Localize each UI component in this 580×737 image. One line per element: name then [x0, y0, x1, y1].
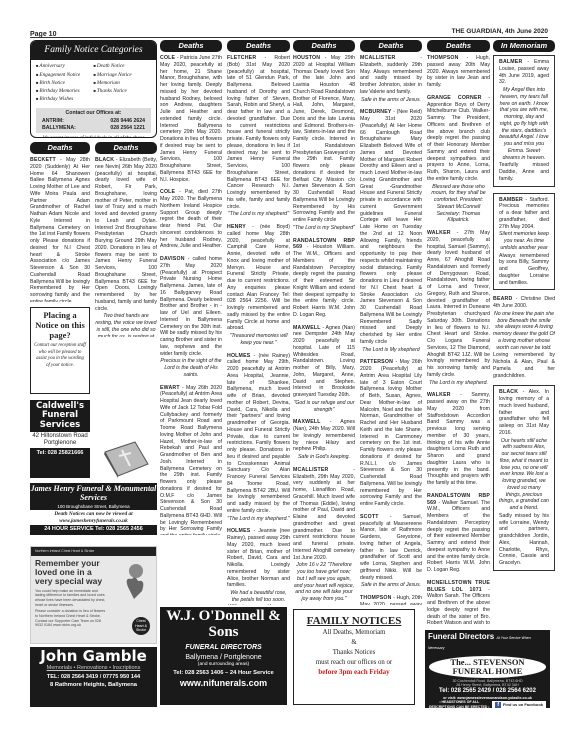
chs-extra: Please consider a donation in lieu of fl…	[31, 608, 113, 629]
deaths-column-6: Deaths MCALLISTER - Elizabeth, suddenly …	[360, 40, 422, 605]
notice-name: EWART	[160, 385, 180, 391]
notice-verse: The Lord is my shepherd.	[427, 380, 490, 387]
caldwell-tel: Tel: 028 25821666	[30, 450, 90, 457]
notice-verse: "The Lord is my Shepherd"	[293, 225, 355, 232]
notice-name: HOUSTON	[293, 55, 320, 61]
notice-name: HOLMES	[227, 353, 250, 359]
notice-text: - Elizabeth, suddenly 29th May. Always r…	[360, 55, 422, 95]
death-notice: SCOTT - Samuel, peacefully at Massereene…	[360, 514, 422, 589]
categories-list: Anniversary Death Notice Engagement Noti…	[31, 60, 156, 106]
placing-notice-box: Placing a Notice on this page? Contact o…	[30, 307, 90, 394]
column-heading: Deaths	[293, 40, 355, 52]
notice-text: - 27th May 2020, peacefully at hospital,…	[427, 230, 490, 378]
notice-signoff: Always remembered by sons Billy, Sammy a…	[499, 253, 549, 286]
notice-text: - Elizabeth, 29th May 2020, very suddenl…	[293, 467, 355, 561]
death-notice: COLE - Pat, died 27th May 2020. The Ball…	[160, 189, 222, 250]
death-notice: MCALLISTER - Elizabeth, suddenly 29th Ma…	[360, 55, 422, 103]
notice-name: MCBURNEY	[360, 109, 392, 115]
notice-text: - (née Rainey) called home May 29th, 202…	[227, 353, 290, 514]
notice-name: THOMPSON	[427, 55, 459, 61]
newspaper-dateline: THE GUARDIAN, 4th June 2020	[452, 28, 548, 36]
odonnell-area: (and surrounding areas)	[160, 662, 287, 668]
james-henry-website: Death Notices can now be viewed at www.j…	[30, 510, 157, 525]
notice-name: MAXWELL	[293, 419, 321, 425]
notice-name: BEARD	[493, 296, 512, 302]
chs-body: You could help make an immediate and las…	[31, 588, 113, 609]
gamble-address: 8 Rathmore Heights, Ballymena	[30, 682, 157, 690]
family-notices-line: All Deaths, Memoriam	[294, 628, 414, 638]
notice-text: - Alex. In loving memory of a much loved…	[499, 389, 549, 436]
notice-text: - Pat, died 27th May 2020. The Ballymena…	[160, 189, 222, 249]
category-item: Birthday Wishes	[36, 96, 94, 103]
notice-verse: No one knew the pain she bore Beneath th…	[493, 311, 555, 352]
office-name: ANTRIM:	[42, 118, 64, 125]
james-henry-ad: James Henry Funeral & Monumental Service…	[30, 483, 157, 535]
gamble-tel: TEL: 028 2564 3419 / 07775 950 144	[30, 674, 157, 681]
death-notice: MCALLISTER - Elizabeth, 29th May 2020, v…	[293, 467, 355, 603]
odonnell-web: www.nifunerals.com	[160, 678, 287, 690]
james-henry-street: 100 Broughshane Street, Ballymena	[30, 504, 157, 510]
category-item: Engagement Notice	[36, 72, 94, 79]
deaths-column-1: Deaths BECKETT - May 28th 2020 (Suddenly…	[30, 142, 90, 302]
chs-logo: Chest Heart & Stroke	[132, 617, 150, 635]
deaths-column-2: Deaths BLACK - Elizabeth (Betty, nee Nev…	[95, 142, 157, 337]
odonnell-places: Ballymena / Portglenone	[160, 653, 287, 662]
death-notice: MCBURNEY - (Nee Reid) May 31st 2020 (Pea…	[360, 109, 422, 353]
image-acceptance-note: We accept images of individuals in all o…	[31, 135, 156, 138]
caldwell-ad: Caldwell's Funeral Services 42 Hiltonsto…	[30, 400, 90, 478]
notice-verse: "The Lord is my shepherd."	[227, 516, 290, 523]
death-notice: DAVISON - called home 27th May 2020 (Pea…	[160, 256, 222, 379]
notice-text: - May 29th 2020 at Hospital William Thom…	[293, 55, 355, 223]
notice-name: COLE	[160, 55, 175, 61]
notice-name: HOLMES	[227, 528, 250, 534]
notice-name: GRANGE CORNER	[427, 95, 482, 101]
notice-text: - Walton Sarah. The Officers and Brethre…	[427, 587, 490, 626]
chs-org: Northern Ireland Chest Heart & Stroke	[31, 547, 156, 556]
notice-text: - (Nee Reid) May 31st 2020 (Peacefully) …	[360, 109, 422, 345]
death-notice: PATTERSON - May 26th 2020 (Peacefully) a…	[360, 359, 422, 508]
notice-name: MCNEILLSTOWN TRUE BLUES LOL 1071	[427, 580, 490, 593]
family-notices-box: FAMILY NOTICES All Deaths, Memoriam & Th…	[293, 609, 415, 705]
notice-text: - May 26th 2020 (Peacefully) at Antrim A…	[160, 385, 222, 536]
notice-text: - May 28th 2020 (Suddenly) At Her Home 6…	[30, 157, 90, 302]
column-heading: Deaths	[360, 40, 422, 52]
notice-text: - Agnes (Nan) nee Dempster 24th May 2020…	[293, 325, 355, 399]
notice-name: MCALLISTER	[360, 55, 395, 61]
deaths-column-5: Deaths HOUSTON - May 29th 2020 at Hospit…	[293, 40, 355, 605]
notice-signoff: Sadly missed by his wife Lorraine, Wendy…	[499, 513, 549, 566]
odonnell-tel: Tel: 028 2563 1406 – 24 Hour Service	[160, 670, 287, 678]
family-notices-deadline: before 3pm each Friday	[294, 668, 414, 677]
notice-name: THOMPSON	[360, 595, 392, 601]
stevenson-banner: Funeral Directors At Your Service When N…	[425, 630, 550, 655]
category-item: Thanks Notice	[94, 88, 152, 95]
notice-name: BLACK	[95, 157, 114, 163]
notice-name: MAXWELL	[293, 325, 321, 331]
office-antrim: ANTRIM:028 9446 2624	[42, 118, 145, 125]
notice-text: - Houston William. The W.M., Officers an…	[293, 244, 355, 318]
notice-text: - Robert (Bob) 31st May 2020 (peacefully…	[227, 55, 290, 210]
notice-name: WALKER	[427, 392, 451, 398]
notice-text: - Patricia June 27th May 2020, peacefull…	[160, 55, 222, 183]
notice-text: - called home 27th May 2020 (Peacefully)…	[160, 256, 222, 357]
notice-text: - Apprentice Boys of Derry Mitchelburne …	[427, 95, 490, 182]
notice-name: BAMBER	[499, 197, 523, 203]
caldwell-address: 42 Hiltonstown Road Portglenone	[30, 432, 90, 448]
facebook-badge: fFind us on Facebook	[492, 701, 546, 710]
family-notice-categories: Family Notice Categories Anniversary Dea…	[30, 40, 157, 138]
heart-flower-icon	[122, 563, 148, 607]
gamble-name: John Gamble	[30, 647, 157, 665]
john-gamble-ad: John Gamble Memorials • Renovations • In…	[30, 647, 157, 707]
notice-verse: Safe in the arms of Jesus.	[360, 582, 422, 589]
notice-name: PATTERSON	[360, 359, 393, 365]
notice-verse: Safe in the arms of Jesus.	[360, 97, 422, 104]
memoriam-notice: BEARD - Christine Died 4th June 2000.No …	[493, 296, 555, 379]
category-item: Marriage Notice	[94, 72, 152, 79]
death-notice: THOMPSON - Hugh, passed away 20th May 20…	[427, 55, 490, 89]
notice-name: BECKETT	[30, 157, 56, 163]
column-heading: Deaths	[95, 142, 157, 154]
caldwell-name: Caldwell's Funeral Services	[30, 402, 90, 430]
chest-heart-stroke-ad: Northern Ireland Chest Heart & Stroke Re…	[30, 546, 157, 644]
death-notice: HOLMES - (née Rainey) called home May 29…	[227, 353, 290, 523]
death-notice: MAXWELL - Agnes (Nan), 24th May 2020. Wi…	[293, 419, 355, 461]
notice-verse: "The Lord is my shepherd"	[227, 211, 290, 218]
notice-text: - Sammy, passed away on the 27th May 202…	[427, 392, 490, 486]
notice-verse: We had a beautiful rose, the petals fell…	[227, 590, 290, 605]
notice-text: - (née Boyd) called home May 28th 2020, …	[227, 224, 290, 331]
james-henry-name: James Henry Funeral & Monumental Service…	[30, 483, 157, 503]
death-notice: HENRY - (née Boyd) called home May 28th …	[227, 224, 290, 347]
placing-body: Contact our reception staff who will be …	[34, 343, 86, 369]
deaths-column-3: Deaths COLE - Patricia June 27th May 202…	[160, 40, 222, 535]
memoriam-notice: BLACK - Alex. In loving memory of a much…	[493, 385, 555, 571]
notice-verse: Two tired hands are resting, the voice w…	[95, 313, 157, 337]
column-heading: Deaths	[160, 40, 222, 52]
contact-offices: Contact our Offices at: ANTRIM:028 9446 …	[36, 108, 151, 133]
chs-headline: Remember your loved one in a very specia…	[31, 556, 113, 588]
notice-name: BALMER	[499, 59, 522, 65]
notice-name: BLACK	[499, 389, 518, 395]
notice-verse: Safe in God's keeping.	[293, 454, 355, 461]
odonnell-name: W.J. O'Donnell & Sons	[160, 609, 287, 641]
death-notice: WALKER - 27th May 2020, peacefully at ho…	[427, 230, 490, 386]
notice-signoff: Loving remembered by Nichola & Alan, Pau…	[493, 352, 555, 378]
notice-text: - Elizabeth (Betty, nee Nevin) 26th May …	[95, 157, 157, 312]
category-item: Memoriam	[94, 80, 152, 87]
notice-name: DAVISON	[160, 256, 185, 262]
notice-verse: John 16 v 22 "Therefore you too have gri…	[293, 562, 355, 603]
notice-text: - Samuel, peacefully at Massereene Manor…	[360, 514, 422, 581]
notice-text: - May 26th 2020 (Peacefully) at Antrim A…	[360, 359, 422, 507]
death-notice: EWART - May 26th 2020 (Peacefully) at An…	[160, 385, 222, 536]
death-notice: THOMPSON - Hugh, 20th May 2020, passed a…	[360, 595, 422, 605]
office-name: BALLYMENA:	[42, 125, 76, 132]
notice-name: FLETCHER	[227, 55, 256, 61]
category-item: Birth Notice	[36, 80, 94, 87]
death-notice: FLETCHER - Robert (Bob) 31st May 2020 (p…	[227, 55, 290, 218]
notice-verse: The Lord is My shepherd	[360, 347, 422, 354]
notice-text: - Jeannie (nee Rainey), passed away 29th…	[227, 528, 290, 588]
death-notice: COLE - Patricia June 27th May 2020, peac…	[160, 55, 222, 183]
column-heading: Deaths	[427, 40, 490, 52]
stevenson-name-oval: The... STEVENSONFUNERAL HOME	[429, 656, 546, 678]
notice-verse: Silent memories keep you near. As time u…	[499, 231, 549, 251]
death-notice: WALKER - Sammy, passed away on the 27th …	[427, 392, 490, 487]
facebook-icon: f	[495, 702, 501, 709]
header-rule	[30, 37, 548, 38]
death-notice: HOUSTON - May 29th 2020 at Hospital Will…	[293, 55, 355, 232]
odonnell-ad: W.J. O'Donnell & Sons FUNERAL DIRECTORS …	[160, 607, 287, 705]
category-item: Birthday Memories	[36, 88, 94, 95]
categories-title: Family Notice Categories	[31, 41, 156, 60]
notice-name: COLE	[160, 189, 175, 195]
column-heading: In Memoriam	[493, 40, 555, 52]
deaths-column-4: Deaths FLETCHER - Robert (Bob) 31st May …	[227, 40, 290, 605]
notice-verse: "God is our refuge and our strength"	[293, 400, 355, 414]
deaths-column-7: Deaths THOMPSON - Hugh, passed away 20th…	[427, 40, 490, 625]
bible-icon	[100, 440, 150, 478]
notice-name: MCALLISTER	[293, 467, 328, 473]
category-item: Death Notice	[94, 63, 152, 70]
death-notice: RANDALSTOWN RBP 569 - Walker Samuel. The…	[427, 493, 490, 574]
office-ballymena: BALLYMENA:028 2564 1221	[42, 125, 145, 132]
notice-verse: Our hearts still ache with sadness Alex,…	[499, 438, 549, 512]
office-tel: 028 2564 1221	[110, 125, 145, 132]
memoriam-notice: BALMER - Emma Louise, passed away 4th Ju…	[493, 55, 555, 187]
family-notices-line: must reach our offices on or	[294, 658, 414, 668]
family-notices-line: Thanks Notices	[294, 648, 414, 658]
stevenson-funeral-home-ad: Funeral Directors At Your Service When N…	[425, 630, 550, 708]
column-heading: Deaths	[30, 142, 90, 154]
death-notice: GRANGE CORNER - Apprentice Boys of Derry…	[427, 95, 490, 224]
death-notice: BECKETT - May 28th 2020 (Suddenly) At He…	[30, 157, 90, 302]
death-notice: HOLMES - Jeannie (nee Rainey), passed aw…	[227, 528, 290, 605]
notice-verse: "Treasured memories will keep you near."	[227, 333, 290, 347]
notice-name: HENRY	[227, 224, 246, 230]
death-notice: RANDALSTOWN RBP 569 - Houston William. T…	[293, 238, 355, 319]
stevenson-tel: Tel: 028 2565 2429 / 028 2564 6202	[425, 688, 550, 696]
notice-signoff: Tearfully missed Daddie, Anne and family…	[499, 162, 549, 182]
death-notice: MAXWELL - Agnes (Nan) nee Dempster 24th …	[293, 325, 355, 414]
notice-verse: Precious in the sight of the Lord is the…	[160, 358, 222, 378]
contact-title: Contact our Offices at:	[42, 110, 145, 117]
stevenson-headstones: • HEADSTONES OF ALLDESCRIPTIONS CAN BE E…	[425, 700, 550, 709]
office-tel: 028 9446 2624	[110, 118, 145, 125]
memoriam-notice: BAMBER - Stafford. Precious memories of …	[493, 193, 555, 291]
family-notices-title: FAMILY NOTICES	[294, 614, 414, 628]
odonnell-sub: FUNERAL DIRECTORS	[160, 643, 287, 652]
notice-verse: My Angel flies into heaven, my tears fal…	[499, 87, 549, 161]
placing-title: Placing a Notice on this page?	[34, 311, 86, 340]
james-henry-tel: 24 HOUR SERVICE Tel: 028 2565 2456	[30, 525, 157, 533]
category-item: Anniversary	[36, 63, 94, 70]
notice-verse: Blessed are those who mourn, for they sh…	[427, 184, 490, 225]
death-notice: BLACK - Elizabeth (Betty, nee Nevin) 26t…	[95, 157, 157, 337]
family-notices-line: &	[294, 638, 414, 648]
notice-name: WALKER	[427, 230, 451, 236]
in-memoriam-column: In Memoriam BALMER - Emma Louise, passed…	[493, 40, 555, 625]
notice-name: SCOTT	[360, 514, 379, 520]
death-notice: MCNEILLSTOWN TRUE BLUES LOL 1071 - Walto…	[427, 580, 490, 625]
column-heading: Deaths	[227, 40, 290, 52]
gamble-services: Memorials • Renovations • Inscriptions	[30, 665, 157, 672]
notice-text: - Walker Samuel. The W.M., Officers and …	[427, 500, 490, 574]
